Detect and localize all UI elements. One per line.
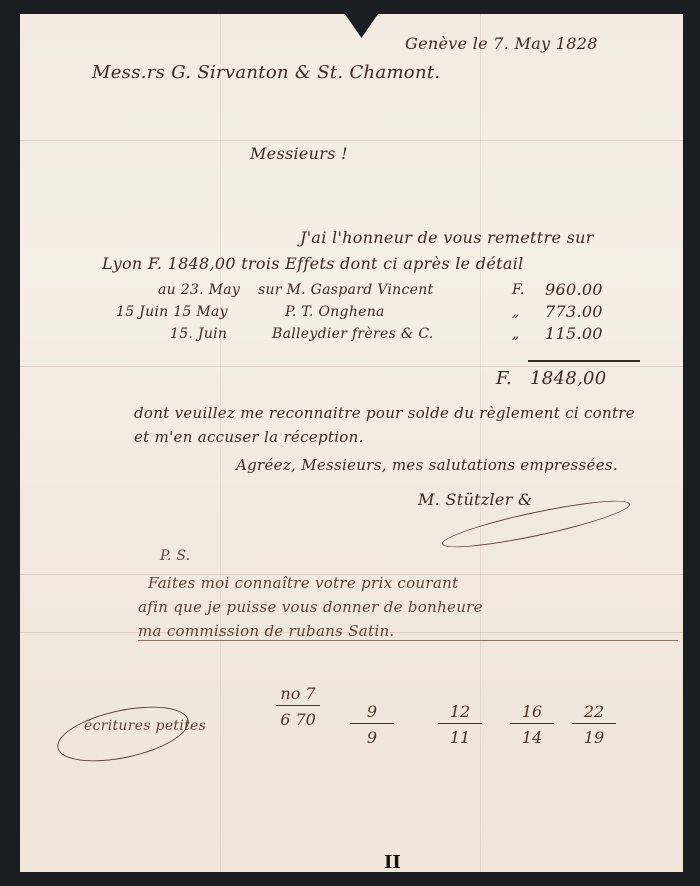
greeting: Agréez, Messieurs, mes salutations empre… <box>236 456 618 474</box>
footer-mark: II <box>384 852 401 873</box>
price-column-top: 16 <box>510 702 554 724</box>
bill-currency: F. <box>512 282 525 298</box>
price-column-bottom: 14 <box>510 724 554 747</box>
place-date: Genève le 7. May 1828 <box>405 34 598 53</box>
price-column-bottom: 19 <box>572 724 616 747</box>
bill-currency: „ <box>512 326 520 342</box>
bill-drawee: Balleydier frères & C. <box>272 326 434 342</box>
price-column: 12 11 <box>438 702 482 747</box>
price-column-top: 22 <box>572 702 616 724</box>
price-column-bottom: 6 70 <box>276 706 320 729</box>
price-column-bottom: 9 <box>350 724 394 747</box>
body-closing-line-1: dont veuillez me reconnaitre pour solde … <box>134 404 635 422</box>
bill-drawee: sur M. Gaspard Vincent <box>258 282 433 298</box>
price-column-bottom: 11 <box>438 724 482 747</box>
fold-line <box>20 366 683 367</box>
bill-due-date: 15. Juin <box>170 326 227 342</box>
total-currency: F. <box>496 368 512 389</box>
postscript-line-3: ma commission de rubans Satin. <box>138 622 395 640</box>
total-rule <box>528 360 640 362</box>
price-column: 16 14 <box>510 702 554 747</box>
salutation: Messieurs ! <box>250 144 348 163</box>
bill-drawee: P. T. Onghena <box>285 304 385 320</box>
bill-due-date: au 23. May <box>158 282 240 298</box>
price-column: no 7 6 70 <box>276 684 320 729</box>
postscript-line-1: Faites moi connaître votre prix courant <box>148 574 458 592</box>
price-label: écritures petites <box>84 718 206 734</box>
bill-amount: 115.00 <box>545 324 603 343</box>
bill-amount: 773.00 <box>545 302 603 321</box>
total-amount: 1848,00 <box>530 368 607 389</box>
price-column-top: 12 <box>438 702 482 724</box>
postscript-line-2: afin que je puisse vous donner de bonheu… <box>138 598 483 616</box>
bill-amount: 960.00 <box>545 280 603 299</box>
price-column: 9 9 <box>350 702 394 747</box>
body-intro-line-2: Lyon F. 1848,00 trois Effets dont ci apr… <box>102 254 524 273</box>
price-column: 22 19 <box>572 702 616 747</box>
bill-due-date: 15 Juin 15 May <box>116 304 228 320</box>
bill-currency: „ <box>512 304 520 320</box>
price-column-top: 9 <box>350 702 394 724</box>
addressee: Mess.rs G. Sirvanton & St. Chamont. <box>92 62 440 83</box>
body-closing-line-2: et m'en accuser la réception. <box>134 428 364 446</box>
postscript-label: P. S. <box>160 548 191 564</box>
body-intro-line-1: J'ai l'honneur de vous remettre sur <box>300 228 594 247</box>
price-column-top: no 7 <box>276 684 320 706</box>
postscript-underline <box>138 640 678 641</box>
signature: M. Stützler & <box>418 490 533 509</box>
fold-line <box>20 140 683 141</box>
